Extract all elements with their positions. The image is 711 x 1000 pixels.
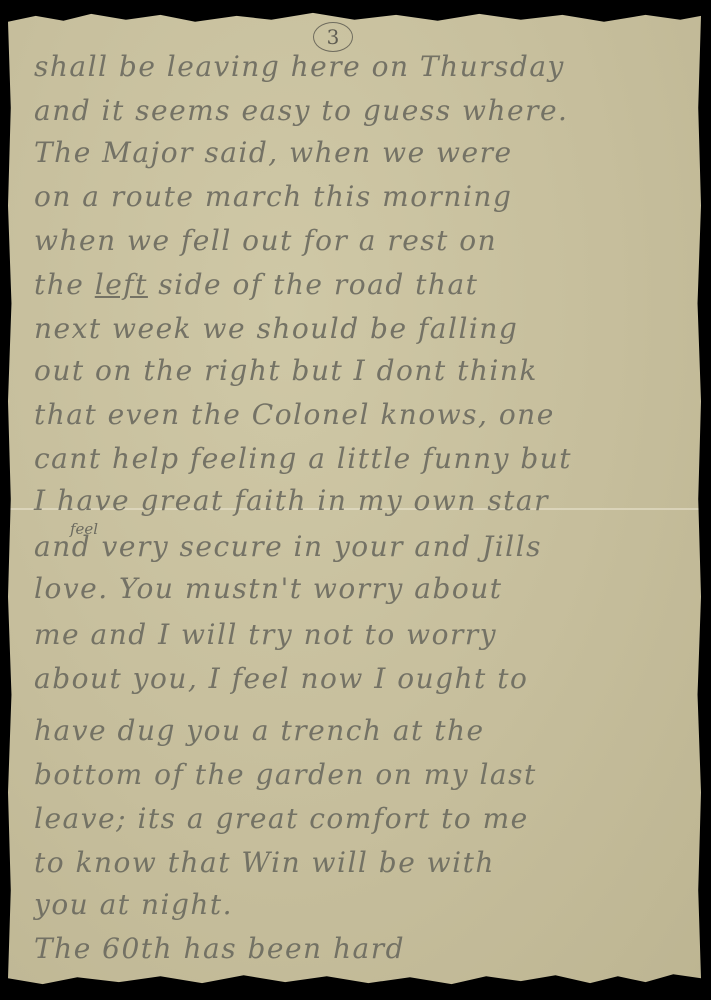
letter-line: and it seems easy to guess where.	[34, 94, 568, 127]
letter-line: cant help feeling a little funny but	[34, 442, 572, 475]
letter-line: that even the Colonel knows, one	[34, 398, 555, 431]
letter-line: on a route march this morning	[34, 180, 512, 213]
letter-line: me and I will try not to worry	[34, 618, 497, 651]
letter-line: bottom of the garden on my last	[34, 758, 537, 791]
letter-line: next week we should be falling	[34, 312, 518, 345]
letter-line: out on the right but I dont think	[34, 354, 538, 387]
letter-line: you at night.	[34, 888, 233, 921]
letter-line: about you, I feel now I ought to	[34, 662, 528, 695]
letter-line: when we fell out for a rest on	[34, 224, 497, 257]
letter-line: have dug you a trench at the	[34, 714, 485, 747]
letter-line: The 60th has been hard	[34, 932, 405, 965]
letter-line: to know that Win will be with	[34, 846, 495, 879]
line-text: side of the road that	[148, 268, 479, 301]
letter-line: The Major said, when we were	[34, 136, 513, 169]
letter-line: leave; its a great comfort to me	[34, 802, 529, 835]
letter-line: I have great faith in my own star	[34, 484, 549, 517]
line-text: the	[34, 268, 95, 301]
letter-line: shall be leaving here on Thursday	[34, 50, 565, 83]
letter-line: and very secure in your and Jills	[34, 530, 542, 563]
letter-line: love. You mustn't worry about	[34, 572, 503, 605]
letter-page: 3 shall be leaving here on Thursday and …	[8, 10, 701, 988]
underlined-word: left	[95, 268, 148, 301]
letter-line-underlined: the left side of the road that	[34, 268, 478, 301]
letter-body: shall be leaving here on Thursday and it…	[8, 10, 701, 988]
